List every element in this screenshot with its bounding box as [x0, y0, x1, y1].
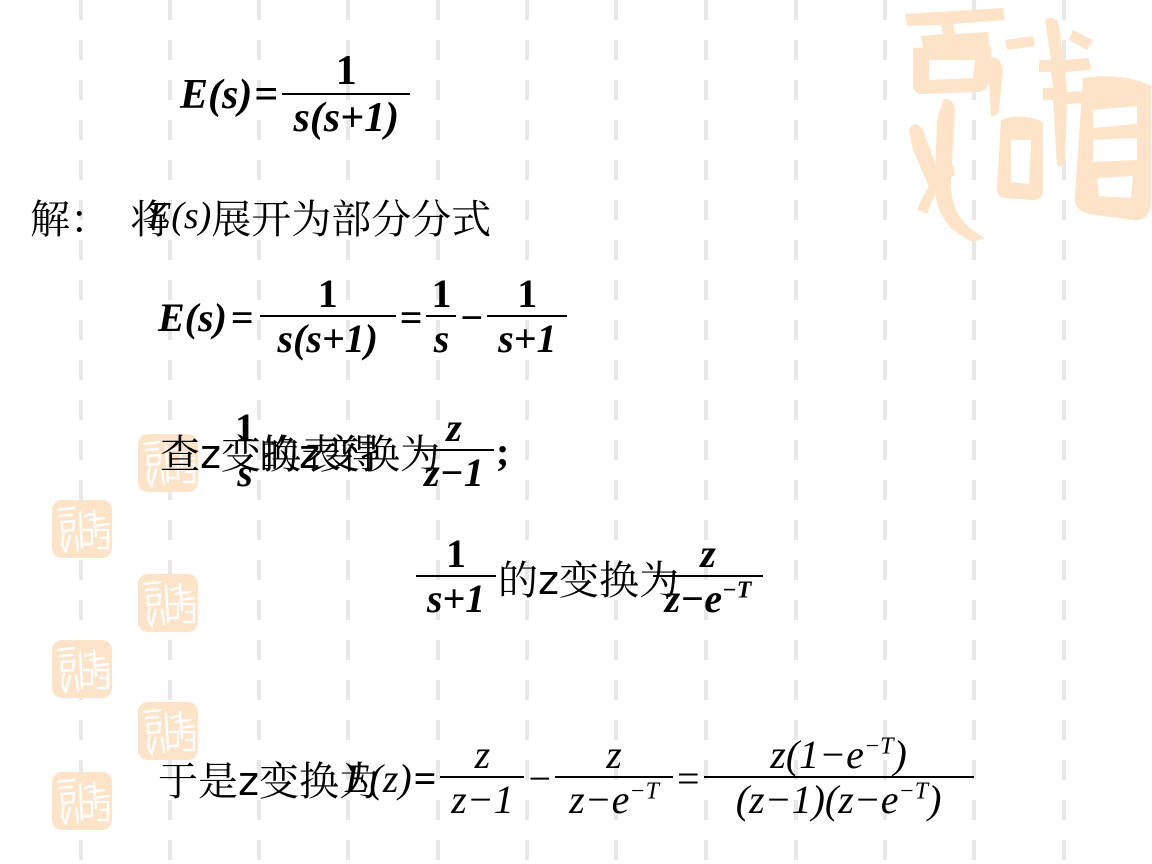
result-f3-num-close: ) [893, 732, 906, 777]
result-f3-den-sup: −T [899, 779, 929, 805]
result-f3-num-sup: −T [864, 734, 894, 760]
lookup1-text-mid: 的z变换为 [259, 423, 440, 480]
lookup2-fraction: 1 s+1 [416, 533, 496, 621]
auspicious-stamp-icon [52, 640, 112, 698]
lookup1-result-fraction: z z−1 [414, 407, 494, 495]
auspicious-stamp-icon [138, 574, 198, 632]
lookup1-end: ; [496, 428, 509, 475]
eq2-equals: = [231, 294, 254, 341]
result-line: 于是z变换为 E(z) = z z−1 − z z−e−T = z(1−e−T)… [158, 718, 976, 838]
auspicious-stamp-icon [52, 772, 112, 830]
eq2-fraction-2: 1 s [426, 273, 456, 361]
lookup-line-2: 1 s+1 的z变换为 z z−e−T [414, 522, 765, 632]
result-equals: = [414, 755, 437, 802]
lookup2-text-mid: 的z变换为 [498, 549, 679, 606]
lookup1-fraction: 1 s [231, 407, 259, 495]
solution-label: 解： [30, 188, 110, 245]
result-f3-den-base: (z−1)(z−e [736, 777, 899, 822]
eq2-f1-denominator: s(s+1) [273, 317, 382, 361]
lookup2-r-den-base: z−e [665, 576, 723, 621]
grid-line [79, 0, 83, 864]
eq2-f2-denominator: s [430, 317, 454, 361]
eq1-lhs: E(s) [180, 71, 252, 119]
result-f3-numerator: z(1−e−T) [766, 734, 911, 776]
eq2-equals-2: = [400, 294, 423, 341]
eq2-lhs: E(s) [158, 294, 227, 341]
result-f3-denominator: (z−1)(z−e−T) [732, 778, 946, 822]
lookup2-r-denominator: z−e−T [661, 577, 756, 621]
lookup2-f-denominator: s+1 [423, 577, 489, 621]
lookup2-result-fraction: z z−e−T [653, 533, 763, 621]
result-fraction-3: z(1−e−T) (z−1)(z−e−T) [704, 734, 974, 822]
solution-line: 解： 将 E(s) 展开为部分分式 [30, 188, 491, 244]
result-f3-num-base: z(1−e [770, 732, 864, 777]
result-equals-2: = [677, 755, 700, 802]
lookup1-f-numerator: 1 [231, 407, 259, 449]
solution-text-post: 展开为部分分式 [211, 188, 491, 245]
auspicious-seal-icon [893, 0, 1152, 245]
lookup-line-1: 查z变换表得 1 s 的z变换为 z z−1 ; [160, 396, 509, 506]
result-f2-den-base: z−e [569, 777, 629, 822]
result-f2-denominator: z−e−T [565, 778, 663, 822]
eq2-fraction-1: 1 s(s+1) [260, 273, 396, 361]
lookup1-r-denominator: z−1 [420, 451, 488, 495]
eq1-denominator: s(s+1) [289, 95, 403, 141]
result-f1-numerator: z [471, 734, 495, 776]
auspicious-stamp-icon [52, 500, 112, 558]
lookup1-r-numerator: z [442, 407, 466, 449]
equation-es-definition: E(s) = 1 s(s+1) [180, 30, 412, 160]
lookup2-f-numerator: 1 [442, 533, 470, 575]
eq2-minus: − [460, 294, 483, 341]
eq1-equals: = [254, 71, 278, 119]
result-f2-den-sup: −T [629, 779, 659, 805]
lookup2-r-den-sup: −T [722, 578, 751, 604]
solution-expr: E(s) [148, 194, 211, 238]
eq1-numerator: 1 [332, 49, 361, 93]
lookup2-r-numerator: z [696, 533, 720, 575]
result-fraction-1: z z−1 [440, 734, 524, 822]
eq2-f1-numerator: 1 [314, 273, 342, 315]
lookup1-f-denominator: s [233, 451, 257, 495]
result-fraction-2: z z−e−T [555, 734, 673, 822]
result-f2-numerator: z [602, 734, 626, 776]
equation-partial-fractions: E(s) = 1 s(s+1) = 1 s − 1 s+1 [158, 262, 569, 372]
result-f1-denominator: z−1 [447, 778, 518, 822]
eq2-fraction-3: 1 s+1 [487, 273, 567, 361]
result-minus: − [528, 755, 551, 802]
eq1-fraction: 1 s(s+1) [282, 49, 410, 141]
eq2-f3-denominator: s+1 [494, 317, 560, 361]
result-lhs: E(z) [345, 755, 412, 802]
eq2-f2-numerator: 1 [427, 273, 455, 315]
result-f3-den-close: ) [928, 777, 941, 822]
eq2-f3-numerator: 1 [513, 273, 541, 315]
